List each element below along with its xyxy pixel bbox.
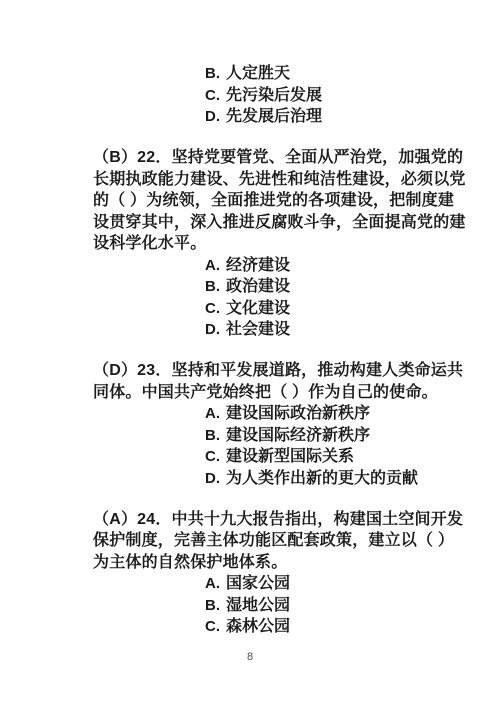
question-stem-line: 同体。中国共产党始终把（ ）作为自己的使命。 — [93, 382, 449, 404]
option-a: A.经济建设 — [205, 255, 500, 277]
option-label: D. — [205, 319, 220, 341]
question-21-options: B.人定胜天 C.先污染后发展 D.先发展后治理 — [0, 63, 500, 128]
question-23: （D）23．坚持和平发展道路，推动构建人类命运共 同体。中国共产党始终把（ ）作… — [0, 360, 500, 489]
option-label: B. — [205, 425, 220, 447]
option-text: 为人类作出新的更大的贡献 — [226, 470, 418, 487]
option-c: C.森林公园 — [205, 616, 500, 638]
option-label: B. — [205, 595, 220, 617]
question-stem-line: 保护制度，完善主体功能区配套政策，建立以（ ） — [93, 530, 449, 552]
option-label: D. — [205, 106, 220, 128]
exam-paper-page: B.人定胜天 C.先污染后发展 D.先发展后治理 （B）22．坚持党要管党、全面… — [0, 0, 500, 707]
option-label: C. — [205, 85, 220, 107]
option-a: A.建设国际政治新秩序 — [205, 403, 500, 425]
option-label: A. — [205, 403, 220, 425]
option-text: 国家公园 — [226, 575, 290, 592]
option-text: 先发展后治理 — [226, 108, 322, 125]
option-b: B.人定胜天 — [205, 63, 500, 85]
option-text: 经济建设 — [226, 257, 290, 274]
option-label: A. — [205, 255, 220, 277]
option-text: 湿地公园 — [226, 597, 290, 614]
option-label: C. — [205, 298, 220, 320]
option-c: C.建设新型国际关系 — [205, 446, 500, 468]
option-text: 政治建设 — [226, 278, 290, 295]
option-label: A. — [205, 573, 220, 595]
question-22: （B）22．坚持党要管党、全面从严治党，加强党的 长期执政能力建设、先进性和纯洁… — [0, 147, 500, 341]
question-stem-line: （D）23．坚持和平发展道路，推动构建人类命运共 — [93, 360, 449, 382]
question-24: （A）24．中共十九大报告指出，构建国土空间开发 保护制度，完善主体功能区配套政… — [0, 509, 500, 638]
option-d: D.为人类作出新的更大的贡献 — [205, 468, 500, 490]
option-d: D.社会建设 — [205, 319, 500, 341]
option-label: B. — [205, 276, 220, 298]
option-label: C. — [205, 616, 220, 638]
question-stem-line: 的（ ）为统领，全面推进党的各项建设，把制度建 — [93, 190, 449, 212]
option-text: 先污染后发展 — [226, 87, 322, 104]
option-text: 社会建设 — [226, 321, 290, 338]
option-label: C. — [205, 446, 220, 468]
question-stem-line: （A）24．中共十九大报告指出，构建国土空间开发 — [93, 509, 449, 531]
option-b: B.建设国际经济新秩序 — [205, 425, 500, 447]
option-c: C.文化建设 — [205, 298, 500, 320]
question-stem-line: 长期执政能力建设、先进性和纯洁性建设，必须以党 — [93, 169, 449, 191]
question-stem-line: 为主体的自然保护地体系。 — [93, 552, 449, 574]
option-b: B.政治建设 — [205, 276, 500, 298]
option-label: B. — [205, 63, 220, 85]
option-a: A.国家公园 — [205, 573, 500, 595]
option-label: D. — [205, 468, 220, 490]
option-text: 建设国际经济新秩序 — [226, 427, 370, 444]
option-text: 森林公园 — [226, 618, 290, 635]
option-text: 建设新型国际关系 — [226, 448, 354, 465]
option-b: B.湿地公园 — [205, 595, 500, 617]
question-stem-line: 设贯穿其中，深入推进反腐败斗争，全面提高党的建 — [93, 212, 449, 234]
question-stem-line: 设科学化水平。 — [93, 233, 449, 255]
page-number: 8 — [0, 651, 500, 663]
question-stem-line: （B）22．坚持党要管党、全面从严治党，加强党的 — [93, 147, 449, 169]
option-c: C.先污染后发展 — [205, 85, 500, 107]
option-text: 文化建设 — [226, 300, 290, 317]
option-text: 建设国际政治新秩序 — [226, 405, 370, 422]
option-d: D.先发展后治理 — [205, 106, 500, 128]
option-text: 人定胜天 — [226, 65, 290, 82]
